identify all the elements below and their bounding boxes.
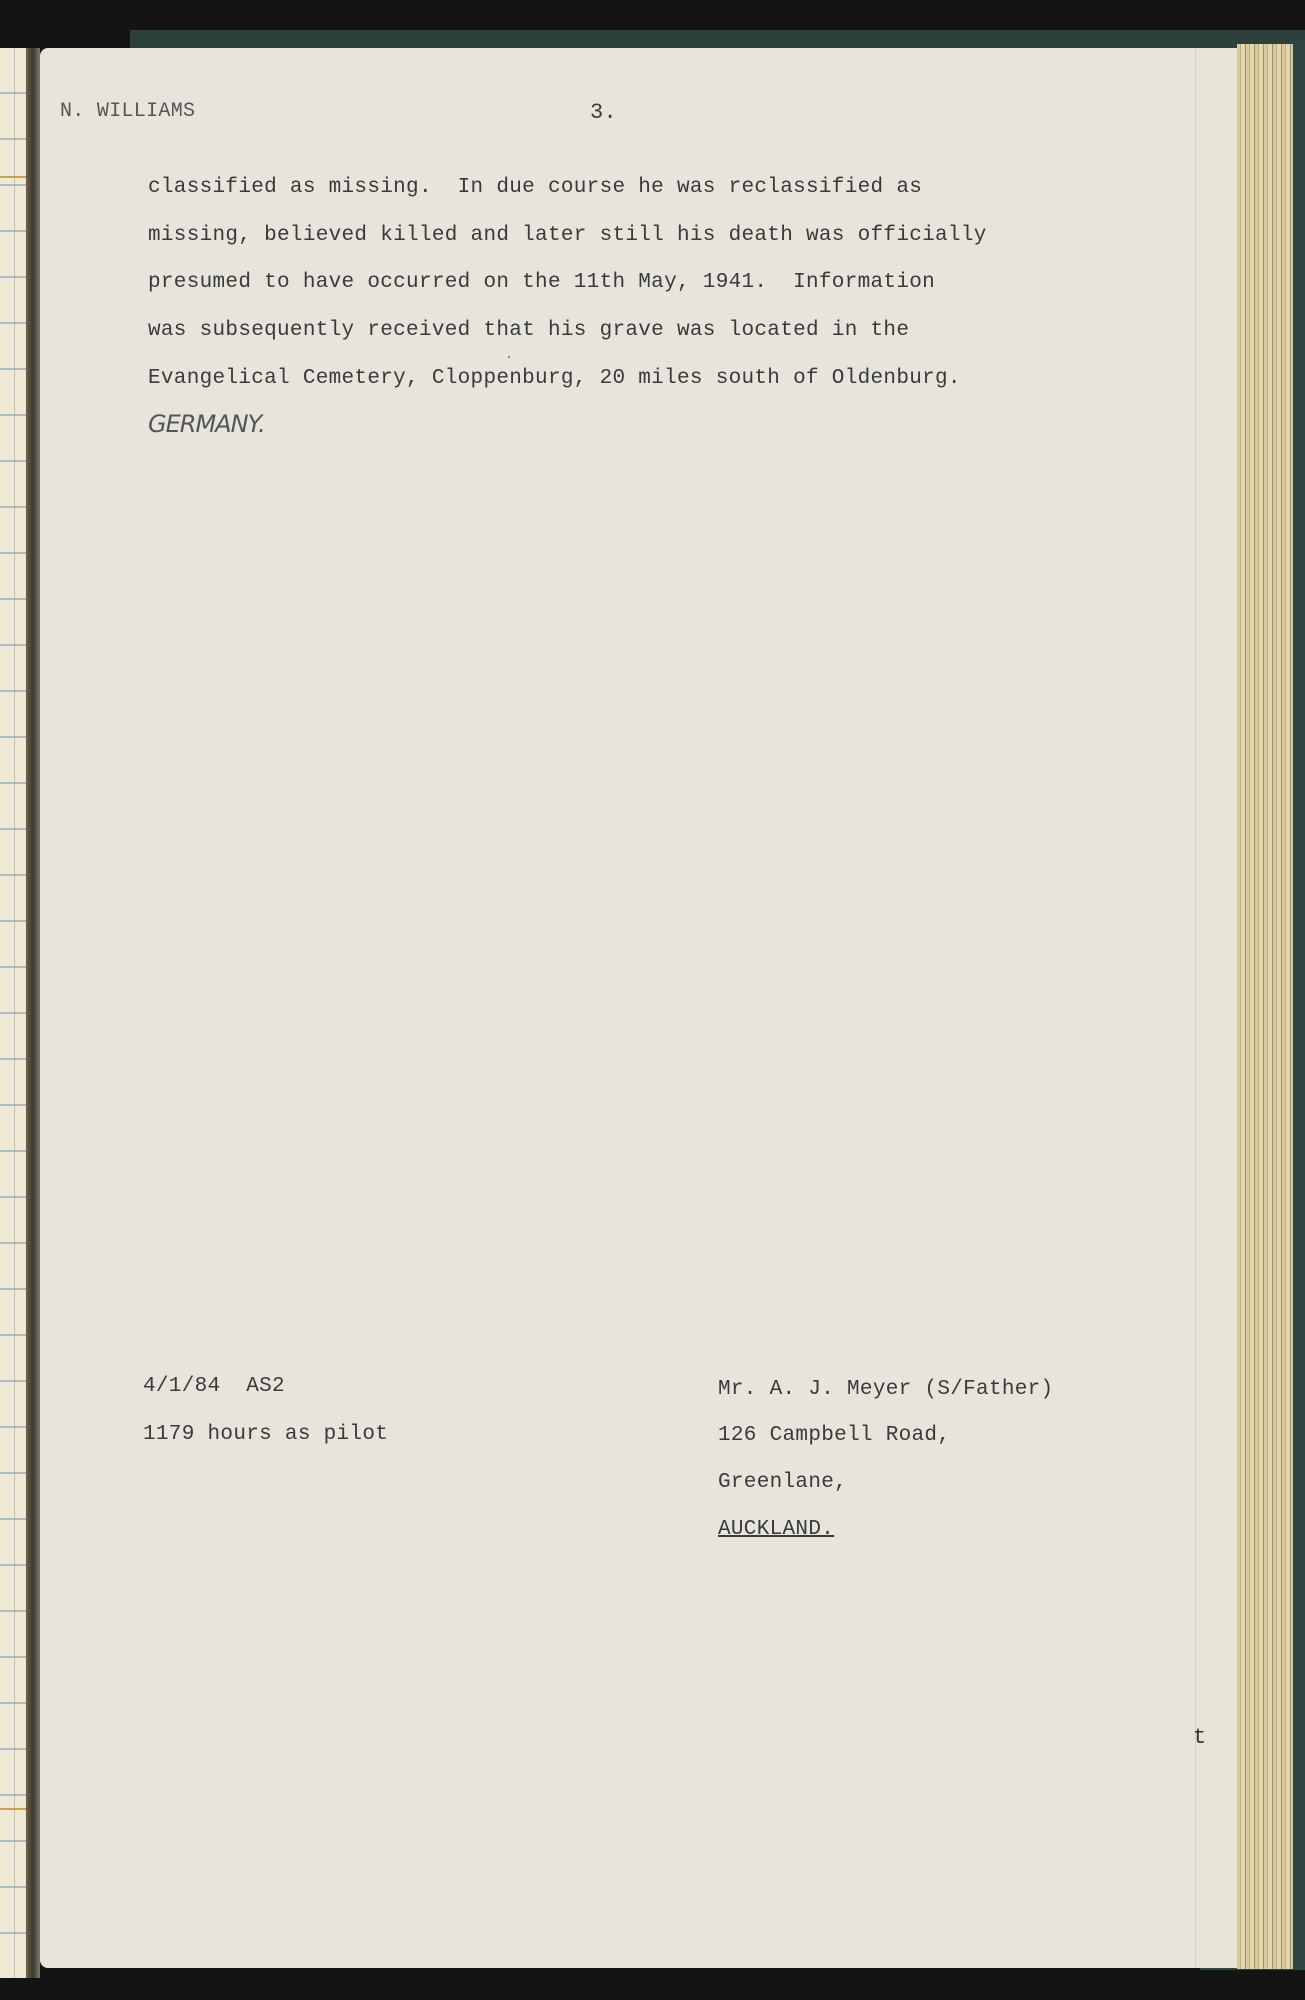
left-graph-page [0,48,28,1978]
book-gutter [26,48,40,1978]
body-line: classified as missing. In due course he … [148,176,922,199]
address-name: Mr. A. J. Meyer (S/Father) [718,1378,1053,1401]
margin-mark: t [1193,1725,1207,1750]
footer-flight-hours: 1179 hours as pilot [143,1423,388,1446]
address-city: AUCKLAND. [718,1518,834,1541]
body-line: was subsequently received that his grave… [148,319,909,342]
address-street: 126 Campbell Road, [718,1424,950,1447]
footer-date-code: 4/1/84 AS2 [143,1375,285,1398]
graph-line [0,176,28,178]
ink-dot [508,356,510,358]
handwritten-note: GERMANY. [148,410,265,438]
graph-line [0,1808,28,1810]
header-name: N. WILLIAMS [60,100,195,123]
body-line: Evangelical Cemetery, Cloppenburg, 20 mi… [148,367,961,390]
body-line: missing, believed killed and later still… [148,224,987,247]
body-line: presumed to have occurred on the 11th Ma… [148,271,935,294]
address-suburb: Greenlane, [718,1471,847,1494]
page-fore-edges [1237,44,1293,1969]
page-edge-strip [1195,48,1238,1968]
page-number: 3. [590,100,617,125]
book-cover-top [130,30,1305,50]
